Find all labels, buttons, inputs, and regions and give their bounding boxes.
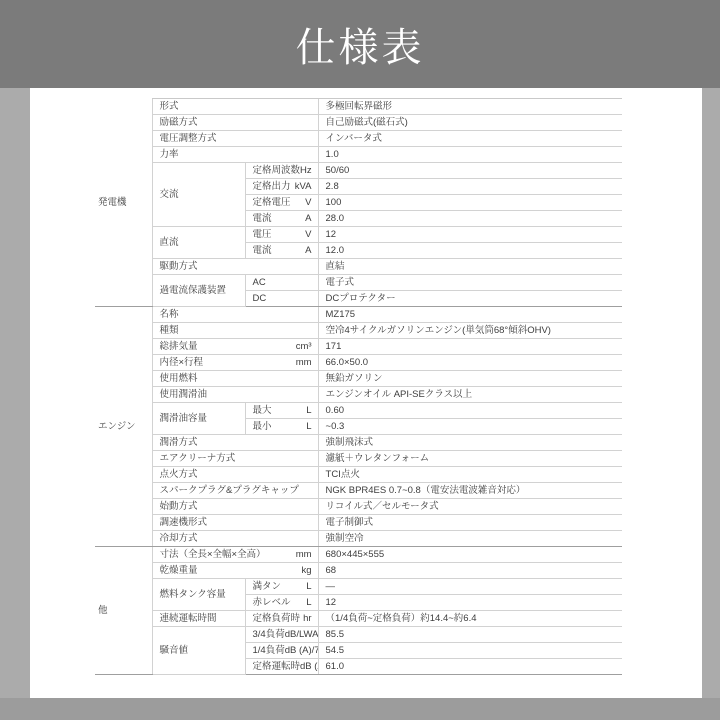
spec-row: 燃料タンク容量満タンL— xyxy=(95,579,622,595)
spec-sub-cell: 電圧V xyxy=(245,227,318,243)
spec-row: 直流電圧V12 xyxy=(95,227,622,243)
spec-value-cell: 0.60 xyxy=(318,403,622,419)
spec-unit: V xyxy=(305,229,311,240)
spec-sub-cell: 定格運転時dB (A)/7m xyxy=(245,659,318,675)
spec-value-cell: ~0.3 xyxy=(318,419,622,435)
spec-value-cell: 680×445×555 xyxy=(318,547,622,563)
spec-group-cell: 燃料タンク容量 xyxy=(152,579,245,611)
spec-value-cell: 自己励磁式(磁石式) xyxy=(318,115,622,131)
spec-row: 使用燃料無鉛ガソリン xyxy=(95,371,622,387)
spec-row: 過電流保護装置AC電子式 xyxy=(95,275,622,291)
spec-row: 内径×行程mm66.0×50.0 xyxy=(95,355,622,371)
spec-row: 交流定格周波数Hz50/60 xyxy=(95,163,622,179)
spec-label: 駆動方式 xyxy=(160,261,198,272)
spec-unit: L xyxy=(306,581,311,592)
footer-band xyxy=(0,698,720,720)
spec-sub-cell: 最大L xyxy=(245,403,318,419)
spec-sub-label: 満タン xyxy=(253,581,282,592)
spec-value-cell: 28.0 xyxy=(318,211,622,227)
spec-unit: Hz xyxy=(300,165,312,176)
spec-value-cell: 85.5 xyxy=(318,627,622,643)
section-name-cell: 他 xyxy=(95,547,152,675)
spec-sub-label: 電流 xyxy=(253,245,272,256)
spec-value-cell: エンジンオイル API-SEクラス以上 xyxy=(318,387,622,403)
spec-value-cell: — xyxy=(318,579,622,595)
spec-label-cell: 形式 xyxy=(152,99,318,115)
spec-value-cell: MZ175 xyxy=(318,307,622,323)
spec-value-cell: 12.0 xyxy=(318,243,622,259)
spec-row: 調速機形式電子制御式 xyxy=(95,515,622,531)
spec-section-body: 他寸法（全長×全幅×全高）mm680×445×555乾燥重量kg68燃料タンク容… xyxy=(95,547,622,675)
spec-sub-label: AC xyxy=(253,277,266,288)
spec-group-cell: 連続運転時間 xyxy=(152,611,245,627)
spec-label: 点火方式 xyxy=(160,469,198,480)
spec-section-body: エンジン名称MZ175種類空冷4サイクルガソリンエンジン(単気筒68°傾斜OHV… xyxy=(95,307,622,547)
spec-sub-cell: 定格出力kVA xyxy=(245,179,318,195)
spec-unit: kVA xyxy=(295,181,312,192)
spec-sub-label: 電流 xyxy=(253,213,272,224)
spec-unit: hr xyxy=(303,613,311,624)
spec-value-cell: 61.0 xyxy=(318,659,622,675)
spec-sub-cell: 定格負荷時hr xyxy=(245,611,318,627)
spec-label-cell: 内径×行程mm xyxy=(152,355,318,371)
spec-row: 乾燥重量kg68 xyxy=(95,563,622,579)
spec-group-cell: 交流 xyxy=(152,163,245,227)
spec-row: 種類空冷4サイクルガソリンエンジン(単気筒68°傾斜OHV) xyxy=(95,323,622,339)
spec-label-cell: 名称 xyxy=(152,307,318,323)
spec-value-cell: 濾紙＋ウレタンフォーム xyxy=(318,451,622,467)
spec-label: 潤滑方式 xyxy=(160,437,198,448)
spec-value-cell: 電子制御式 xyxy=(318,515,622,531)
spec-sub-label: 最小 xyxy=(253,421,272,432)
spec-unit: V xyxy=(305,197,311,208)
spec-label-cell: 励磁方式 xyxy=(152,115,318,131)
spec-label-cell: エアクリーナ方式 xyxy=(152,451,318,467)
spec-label-cell: 種類 xyxy=(152,323,318,339)
spec-value-cell: 100 xyxy=(318,195,622,211)
spec-sub-cell: 1/4負荷dB (A)/7m xyxy=(245,643,318,659)
spec-label: 使用潤滑油 xyxy=(160,389,208,400)
spec-sub-label: 赤レベル xyxy=(253,597,291,608)
spec-value-cell: 54.5 xyxy=(318,643,622,659)
spec-label: 使用燃料 xyxy=(160,373,198,384)
spec-unit: L xyxy=(306,597,311,608)
spec-label-cell: 潤滑方式 xyxy=(152,435,318,451)
spec-sub-label: 定格出力 xyxy=(253,181,291,192)
spec-sub-label: 1/4負荷 xyxy=(253,645,285,656)
spec-label-cell: 寸法（全長×全幅×全高）mm xyxy=(152,547,318,563)
spec-sub-cell: 電流A xyxy=(245,243,318,259)
spec-label: エアクリーナ方式 xyxy=(160,453,236,464)
spec-unit: dB (A)/7m xyxy=(285,645,318,656)
spec-unit: dB/LWA xyxy=(285,629,318,640)
spec-value-cell: TCI点火 xyxy=(318,467,622,483)
spec-label-cell: 電圧調整方式 xyxy=(152,131,318,147)
spec-value-cell: 空冷4サイクルガソリンエンジン(単気筒68°傾斜OHV) xyxy=(318,323,622,339)
spec-value-cell: 68 xyxy=(318,563,622,579)
spec-table-wrap: 発電機形式多極回転界磁形励磁方式自己励磁式(磁石式)電圧調整方式インバータ式力率… xyxy=(95,98,622,675)
spec-row: 電圧調整方式インバータ式 xyxy=(95,131,622,147)
spec-sub-cell: 定格周波数Hz xyxy=(245,163,318,179)
spec-label: 力率 xyxy=(160,149,179,160)
page-title: 仕様表 xyxy=(296,16,425,73)
spec-value-cell: DCプロテクター xyxy=(318,291,622,307)
spec-label: スパークプラグ&プラグキャップ xyxy=(160,485,299,496)
spec-label: 調速機形式 xyxy=(160,517,208,528)
spec-row: 励磁方式自己励磁式(磁石式) xyxy=(95,115,622,131)
spec-label-cell: 総排気量cm³ xyxy=(152,339,318,355)
spec-unit: A xyxy=(305,245,311,256)
spec-value-cell: 171 xyxy=(318,339,622,355)
spec-label-cell: 使用燃料 xyxy=(152,371,318,387)
spec-group-cell: 過電流保護装置 xyxy=(152,275,245,307)
spec-value-cell: 直結 xyxy=(318,259,622,275)
spec-value-cell: 12 xyxy=(318,595,622,611)
spec-value-cell: 2.8 xyxy=(318,179,622,195)
spec-row: 力率1.0 xyxy=(95,147,622,163)
spec-value-cell: インバータ式 xyxy=(318,131,622,147)
spec-sub-label: 定格負荷時 xyxy=(253,613,301,624)
spec-row: エアクリーナ方式濾紙＋ウレタンフォーム xyxy=(95,451,622,467)
spec-value-cell: 12 xyxy=(318,227,622,243)
spec-label: 始動方式 xyxy=(160,501,198,512)
spec-value-cell: 1.0 xyxy=(318,147,622,163)
header-band: 仕様表 xyxy=(0,0,720,88)
section-name-cell: 発電機 xyxy=(95,99,152,307)
spec-group-cell: 潤滑油容量 xyxy=(152,403,245,435)
spec-sub-label: 電圧 xyxy=(253,229,272,240)
spec-label-cell: 始動方式 xyxy=(152,499,318,515)
spec-sub-label: 3/4負荷 xyxy=(253,629,285,640)
spec-label-cell: 点火方式 xyxy=(152,467,318,483)
spec-sub-cell: 定格電圧V xyxy=(245,195,318,211)
spec-row: 点火方式TCI点火 xyxy=(95,467,622,483)
spec-value-cell: 50/60 xyxy=(318,163,622,179)
spec-label-cell: 力率 xyxy=(152,147,318,163)
spec-value-cell: NGK BPR4ES 0.7~0.8（電安法電波雑音対応） xyxy=(318,483,622,499)
spec-unit: L xyxy=(306,405,311,416)
spec-value-cell: 電子式 xyxy=(318,275,622,291)
spec-sub-label: 定格運転時 xyxy=(253,661,301,672)
spec-unit: L xyxy=(306,421,311,432)
spec-label: 電圧調整方式 xyxy=(160,133,217,144)
spec-row: エンジン名称MZ175 xyxy=(95,307,622,323)
spec-unit: mm xyxy=(296,549,312,560)
spec-group-cell: 直流 xyxy=(152,227,245,259)
spec-sub-label: 最大 xyxy=(253,405,272,416)
spec-label: 寸法（全長×全幅×全高） xyxy=(160,549,266,560)
spec-label: 名称 xyxy=(160,309,179,320)
spec-sub-label: 定格周波数 xyxy=(253,165,301,176)
spec-section-body: 発電機形式多極回転界磁形励磁方式自己励磁式(磁石式)電圧調整方式インバータ式力率… xyxy=(95,99,622,307)
spec-row: 総排気量cm³171 xyxy=(95,339,622,355)
spec-sub-cell: 電流A xyxy=(245,211,318,227)
spec-group-cell: 騒音値 xyxy=(152,627,245,675)
spec-row: 駆動方式直結 xyxy=(95,259,622,275)
spec-label-cell: 駆動方式 xyxy=(152,259,318,275)
spec-row: 連続運転時間定格負荷時hr（1/4負荷~定格負荷）約14.4~約6.4 xyxy=(95,611,622,627)
spec-label-cell: 調速機形式 xyxy=(152,515,318,531)
spec-label: 総排気量 xyxy=(160,341,198,352)
spec-value-cell: （1/4負荷~定格負荷）約14.4~約6.4 xyxy=(318,611,622,627)
spec-label: 形式 xyxy=(160,101,179,112)
spec-unit: mm xyxy=(296,357,312,368)
spec-card: 発電機形式多極回転界磁形励磁方式自己励磁式(磁石式)電圧調整方式インバータ式力率… xyxy=(30,88,702,698)
spec-unit: kg xyxy=(301,565,311,576)
spec-row: 潤滑油容量最大L0.60 xyxy=(95,403,622,419)
spec-unit: A xyxy=(305,213,311,224)
spec-sub-cell: DC xyxy=(245,291,318,307)
spec-value-cell: 66.0×50.0 xyxy=(318,355,622,371)
spec-row: 使用潤滑油エンジンオイル API-SEクラス以上 xyxy=(95,387,622,403)
spec-sub-label: DC xyxy=(253,293,267,304)
spec-value-cell: 多極回転界磁形 xyxy=(318,99,622,115)
spec-label-cell: 冷却方式 xyxy=(152,531,318,547)
spec-value-cell: 無鉛ガソリン xyxy=(318,371,622,387)
spec-row: 他寸法（全長×全幅×全高）mm680×445×555 xyxy=(95,547,622,563)
section-name-cell: エンジン xyxy=(95,307,152,547)
screen: { "header": { "title": "仕様表" }, "colors"… xyxy=(0,0,720,720)
spec-sub-cell: AC xyxy=(245,275,318,291)
spec-label: 冷却方式 xyxy=(160,533,198,544)
spec-label: 種類 xyxy=(160,325,179,336)
spec-sub-label: 定格電圧 xyxy=(253,197,291,208)
spec-row: 冷却方式強制空冷 xyxy=(95,531,622,547)
spec-unit: dB (A)/7m xyxy=(300,661,318,672)
spec-row: スパークプラグ&プラグキャップNGK BPR4ES 0.7~0.8（電安法電波雑… xyxy=(95,483,622,499)
spec-label-cell: 乾燥重量kg xyxy=(152,563,318,579)
spec-row: 潤滑方式強制飛沫式 xyxy=(95,435,622,451)
spec-label-cell: 使用潤滑油 xyxy=(152,387,318,403)
spec-sub-cell: 最小L xyxy=(245,419,318,435)
spec-label-cell: スパークプラグ&プラグキャップ xyxy=(152,483,318,499)
spec-label: 励磁方式 xyxy=(160,117,198,128)
spec-value-cell: 強制飛沫式 xyxy=(318,435,622,451)
spec-label: 乾燥重量 xyxy=(160,565,198,576)
spec-table: 発電機形式多極回転界磁形励磁方式自己励磁式(磁石式)電圧調整方式インバータ式力率… xyxy=(95,98,622,675)
spec-value-cell: 強制空冷 xyxy=(318,531,622,547)
spec-sub-cell: 3/4負荷dB/LWA xyxy=(245,627,318,643)
spec-unit: cm³ xyxy=(296,341,312,352)
spec-label: 内径×行程 xyxy=(160,357,204,368)
spec-value-cell: リコイル式／セルモータ式 xyxy=(318,499,622,515)
spec-row: 騒音値3/4負荷dB/LWA85.5 xyxy=(95,627,622,643)
spec-sub-cell: 赤レベルL xyxy=(245,595,318,611)
spec-row: 始動方式リコイル式／セルモータ式 xyxy=(95,499,622,515)
spec-sub-cell: 満タンL xyxy=(245,579,318,595)
spec-row: 発電機形式多極回転界磁形 xyxy=(95,99,622,115)
